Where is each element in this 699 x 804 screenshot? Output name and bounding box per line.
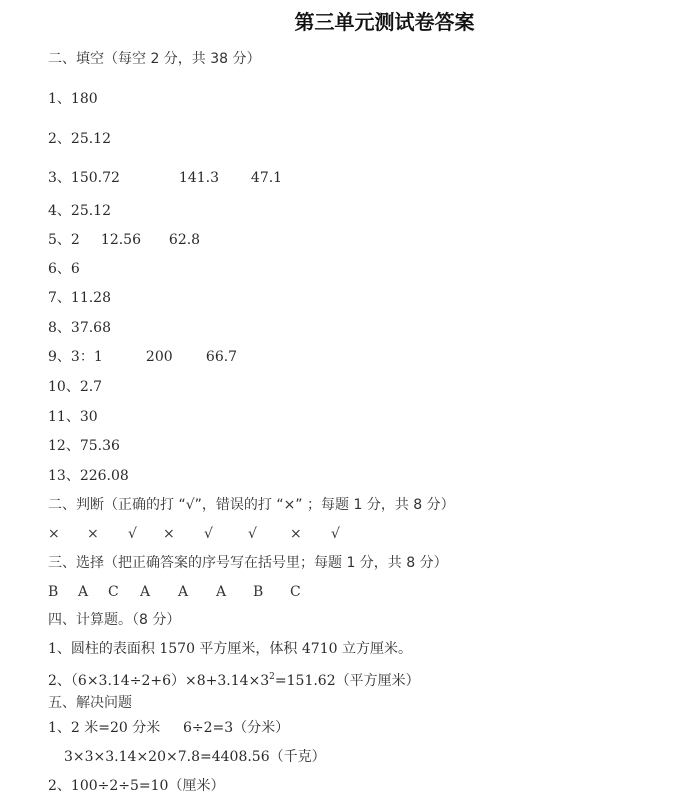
fill-item-4: 4、25.12 <box>48 202 111 220</box>
solve-step: 6÷2=3（分米） <box>183 720 289 736</box>
fill-item-11: 11、30 <box>48 408 98 426</box>
item-number: 12、 <box>48 438 80 454</box>
answer: 25.12 <box>71 203 111 219</box>
fill-item-6: 6、6 <box>48 260 80 278</box>
judge-answer: √ <box>128 525 137 543</box>
choice-answer: A <box>178 583 188 601</box>
answer: 47.1 <box>251 169 282 187</box>
solve-step: 1、2 米=20 分米 <box>48 719 183 737</box>
judge-answer: √ <box>331 525 340 543</box>
judge-answer: √ <box>248 525 257 543</box>
choice-answer: C <box>290 583 301 601</box>
item-number: 1、 <box>48 91 71 107</box>
page-title: 第三单元测试卷答案 <box>0 6 699 35</box>
calc-expression: 2、（6×3.14÷2+6）×8+3.14×3 <box>48 673 269 689</box>
choice-answer: A <box>140 583 150 601</box>
fill-item-10: 10、2.7 <box>48 378 102 396</box>
choice-answer: A <box>216 583 226 601</box>
choice-answer: C <box>108 583 119 601</box>
item-number: 2、 <box>48 131 71 147</box>
answer: 180 <box>71 91 98 107</box>
answer: 200 <box>146 348 206 366</box>
answer: 62.8 <box>169 232 200 248</box>
answer: 66.7 <box>206 349 237 365</box>
judge-answer: × <box>163 525 175 543</box>
answer: 37.68 <box>71 320 111 336</box>
item-number: 5、 <box>48 232 71 248</box>
choice-answer: B <box>253 583 263 601</box>
fill-item-2: 2、25.12 <box>48 130 111 148</box>
choice-section-heading: 三、选择（把正确答案的序号写在括号里；每题 1 分，共 8 分） <box>48 554 448 572</box>
calc-result: =151.62（平方厘米） <box>275 673 420 689</box>
answer: 2.7 <box>80 379 102 395</box>
judge-answer: √ <box>204 525 213 543</box>
fill-item-3: 3、150.72141.347.1 <box>48 169 282 187</box>
judge-section-heading: 二、判断（正确的打 “√”，错误的打 “×” ；每题 1 分，共 8 分） <box>48 496 455 514</box>
fill-item-5: 5、212.5662.8 <box>48 231 200 249</box>
answer: 141.3 <box>179 169 239 187</box>
answer: 3：1 <box>71 348 146 366</box>
fill-item-8: 8、37.68 <box>48 319 111 337</box>
fill-item-9: 9、3：120066.7 <box>48 348 237 366</box>
item-number: 9、 <box>48 349 71 365</box>
judge-answer: × <box>290 525 302 543</box>
item-number: 13、 <box>48 468 80 484</box>
answer: 150.72 <box>71 169 141 187</box>
fill-item-1: 1、180 <box>48 90 98 108</box>
calc-item-1: 1、圆柱的表面积 1570 平方厘米，体积 4710 立方厘米。 <box>48 640 412 658</box>
solve-item-1: 1、2 米=20 分米6÷2=3（分米） <box>48 719 289 737</box>
item-number: 8、 <box>48 320 71 336</box>
calc-section-heading: 四、计算题。（8 分） <box>48 611 180 629</box>
item-number: 10、 <box>48 379 80 395</box>
answer: 6 <box>71 261 80 277</box>
fill-item-7: 7、11.28 <box>48 289 111 307</box>
fill-item-13: 13、226.08 <box>48 467 129 485</box>
choice-answer: B <box>48 583 58 601</box>
fill-item-12: 12、75.36 <box>48 437 120 455</box>
item-number: 3、 <box>48 170 71 186</box>
answer: 30 <box>80 409 98 425</box>
calc-item-2: 2、（6×3.14÷2+6）×8+3.14×32=151.62（平方厘米） <box>48 668 420 690</box>
choice-answer: A <box>78 583 88 601</box>
judge-answer: × <box>87 525 99 543</box>
answer: 25.12 <box>71 131 111 147</box>
solve-section-heading: 五、解决问题 <box>48 694 132 712</box>
item-number: 11、 <box>48 409 80 425</box>
answer: 2 <box>71 231 101 249</box>
answer: 12.56 <box>101 231 169 249</box>
answer: 226.08 <box>80 468 129 484</box>
solve-item-1-line2: 3×3×3.14×20×7.8=4408.56（千克） <box>64 748 326 766</box>
item-number: 6、 <box>48 261 71 277</box>
answer: 11.28 <box>71 290 111 306</box>
fill-section-heading: 二、填空（每空 2 分，共 38 分） <box>48 50 261 68</box>
judge-answer: × <box>48 525 60 543</box>
item-number: 4、 <box>48 203 71 219</box>
answer: 75.36 <box>80 438 120 454</box>
item-number: 7、 <box>48 290 71 306</box>
solve-item-2: 2、100÷2÷5=10（厘米） <box>48 777 224 795</box>
